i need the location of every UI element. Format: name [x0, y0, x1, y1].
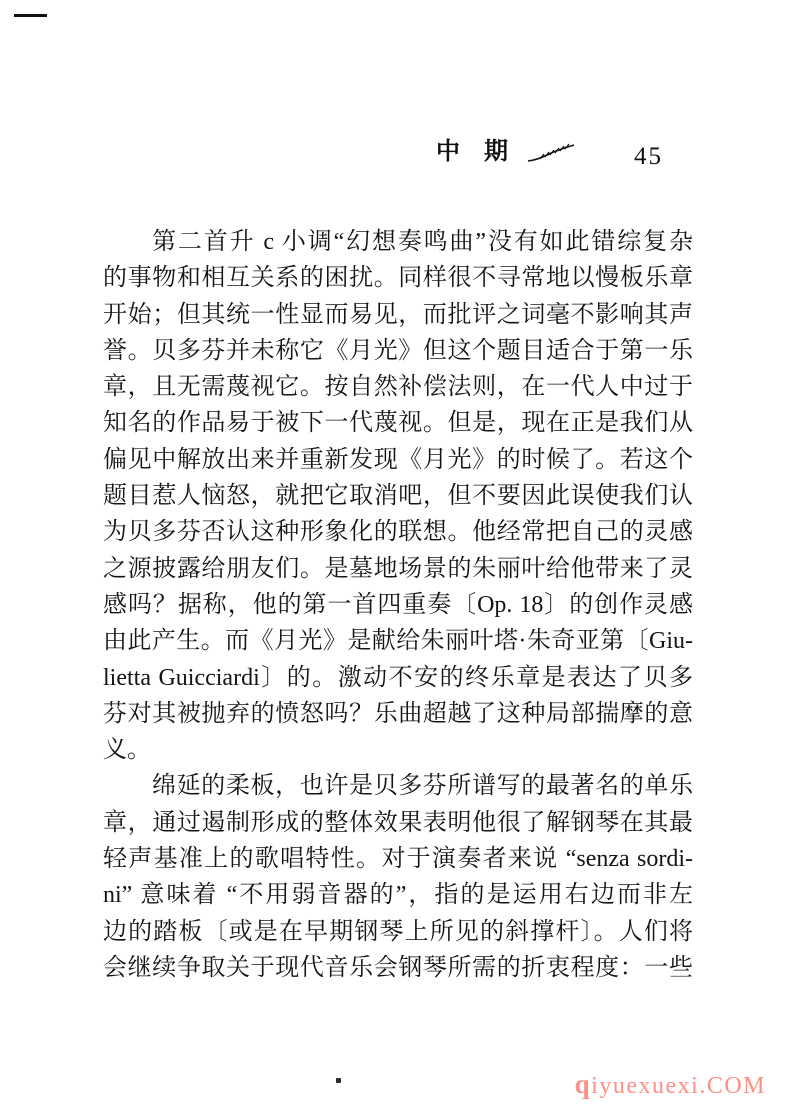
text-line: 章，且无需蔑视它。按自然补偿法则，在一代人中过于	[103, 369, 693, 405]
text-line: 章，通过遏制形成的整体效果表明他很了解钢琴在其最	[103, 805, 693, 841]
text-line: 为贝多芬否认这种形象化的联想。他经常把自己的灵感	[103, 514, 693, 550]
page-text: 第二首升 c 小调“幻想奏鸣曲”没有如此错综复杂的事物和相互关系的困扰。同样很不…	[103, 224, 693, 986]
text-line: 义。	[103, 732, 693, 768]
text-line: 誉。贝多芬并未称它《月光》但这个题目适合于第一乐	[103, 333, 693, 369]
speck-dot	[336, 1078, 341, 1083]
chapter-title: 中 期	[436, 140, 508, 164]
text-line: 轻声基准上的歌唱特性。对于演奏者来说 “senza sordi-	[103, 841, 693, 877]
text-line: 知名的作品易于被下一代蔑视。但是，现在正是我们从	[103, 405, 693, 441]
running-header: 中 期 45	[0, 138, 794, 172]
text-line: 边的踏板〔或是在早期钢琴上所见的斜撑杆〕。人们将	[103, 914, 693, 950]
margin-dash	[14, 14, 47, 17]
text-line: 由此产生。而《月光》是献给朱丽叶塔·朱奇亚第〔Giu-	[103, 623, 693, 659]
text-line: 第二首升 c 小调“幻想奏鸣曲”没有如此错综复杂	[103, 224, 693, 260]
text-line: 绵延的柔板，也许是贝多芬所谱写的最著名的单乐	[103, 768, 693, 804]
text-line: 题目惹人恼怒，就把它取消吧，但不要因此误使我们认	[103, 478, 693, 514]
leaf-squiggle-icon	[527, 143, 577, 163]
watermark-link[interactable]: qiyuexuexi.COM	[575, 1070, 766, 1100]
text-line: 开始；但其统一性显而易见，而批评之词毫不影响其声	[103, 297, 693, 333]
text-line: 感吗？据称，他的第一首四重奏〔Op. 18〕的创作灵感	[103, 587, 693, 623]
text-line: 偏见中解放出来并重新发现《月光》的时候了。若这个	[103, 442, 693, 478]
text-line: 之源披露给朋友们。是墓地场景的朱丽叶给他带来了灵	[103, 551, 693, 587]
text-line: 的事物和相互关系的困扰。同样很不寻常地以慢板乐章	[103, 260, 693, 296]
text-line: ni” 意味着 “不用弱音器的”，指的是运用右边而非左	[103, 877, 693, 913]
text-line: 芬对其被抛弃的愤怒吗？乐曲超越了这种局部揣摩的意	[103, 696, 693, 732]
page-number: 45	[634, 144, 663, 169]
scanned-book-page: 中 期 45 第二首升 c 小调“幻想奏鸣曲”没有如此错综复杂的事物和相互关系的…	[0, 0, 794, 1120]
text-line: 会继续争取关于现代音乐会钢琴所需的折衷程度：一些	[103, 950, 693, 986]
text-line: lietta Guicciardi〕的。激动不安的终乐章是表达了贝多	[103, 660, 693, 696]
